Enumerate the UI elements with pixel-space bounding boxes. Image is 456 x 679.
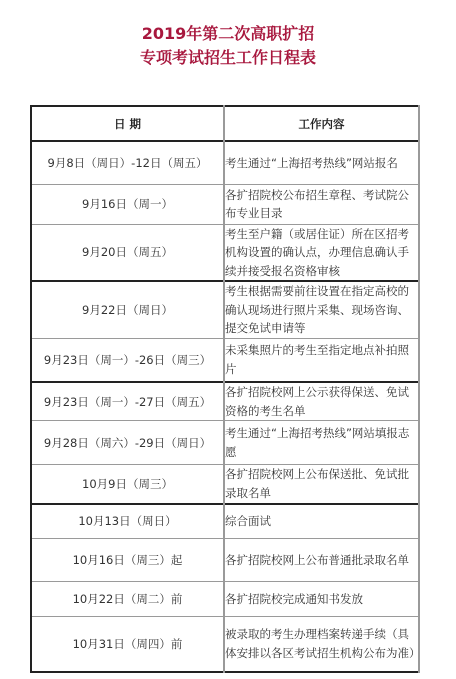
row-content: 各扩招院校公布招生章程、考试院公布专业目录 (224, 184, 419, 224)
table-row: 9月23日（周一）-27日（周五）各扩招院校网上公示获得保送、免试资格的考生名单 (31, 382, 419, 421)
table-header-row: 日 期 工作内容 (31, 106, 419, 141)
table-row: 9月20日（周五）考生至户籍（或居住证）所在区招考机构设置的确认点，办理信息确认… (31, 224, 419, 281)
table-row: 10月13日（周日）综合面试 (31, 504, 419, 539)
row-date: 9月16日（周一） (31, 184, 224, 224)
row-content: 考生通过“上海招考热线”网站报名 (224, 141, 419, 184)
row-date: 10月22日（周二）前 (31, 582, 224, 617)
table-row: 9月23日（周一）-26日（周三）未采集照片的考生至指定地点补拍照片 (31, 338, 419, 382)
page-title: 2019年第二次高职扩招 专项考试招生工作日程表 (0, 22, 456, 70)
row-content: 各扩招院校网上公布保送批、免试批录取名单 (224, 465, 419, 504)
row-date: 9月28日（周六）-29日（周日） (31, 421, 224, 465)
table-row: 9月22日（周日）考生根据需要前往设置在指定高校的确认现场进行照片采集、现场咨询… (31, 281, 419, 338)
row-content: 被录取的考生办理档案转递手续（具体安排以各区考试招生机构公布为准） (224, 617, 419, 672)
row-content: 各扩招院校网上公布普通批录取名单 (224, 539, 419, 582)
table-row: 10月16日（周三）起各扩招院校网上公布普通批录取名单 (31, 539, 419, 582)
row-content: 各扩招院校完成通知书发放 (224, 582, 419, 617)
row-content: 综合面试 (224, 504, 419, 539)
row-date: 10月16日（周三）起 (31, 539, 224, 582)
row-content: 考生通过“上海招考热线”网站填报志愿 (224, 421, 419, 465)
table-row: 10月31日（周四）前被录取的考生办理档案转递手续（具体安排以各区考试招生机构公… (31, 617, 419, 672)
row-date: 10月9日（周三） (31, 465, 224, 504)
row-date: 9月20日（周五） (31, 224, 224, 281)
table-row: 9月28日（周六）-29日（周日）考生通过“上海招考热线”网站填报志愿 (31, 421, 419, 465)
row-content: 各扩招院校网上公示获得保送、免试资格的考生名单 (224, 382, 419, 421)
row-content: 考生至户籍（或居住证）所在区招考机构设置的确认点，办理信息确认手续并接受报名资格… (224, 224, 419, 281)
header-content: 工作内容 (224, 106, 419, 141)
title-line-2: 专项考试招生工作日程表 (0, 46, 456, 70)
table-row: 10月9日（周三）各扩招院校网上公布保送批、免试批录取名单 (31, 465, 419, 504)
table-row: 9月8日（周日）-12日（周五）考生通过“上海招考热线”网站报名 (31, 141, 419, 184)
table-body: 9月8日（周日）-12日（周五）考生通过“上海招考热线”网站报名9月16日（周一… (31, 141, 419, 672)
table-row: 10月22日（周二）前各扩招院校完成通知书发放 (31, 582, 419, 617)
row-date: 9月8日（周日）-12日（周五） (31, 141, 224, 184)
row-date: 9月23日（周一）-26日（周三） (31, 338, 224, 382)
row-content: 未采集照片的考生至指定地点补拍照片 (224, 338, 419, 382)
header-date: 日 期 (31, 106, 224, 141)
row-date: 9月23日（周一）-27日（周五） (31, 382, 224, 421)
row-date: 9月22日（周日） (31, 281, 224, 338)
row-date: 10月31日（周四）前 (31, 617, 224, 672)
row-content: 考生根据需要前往设置在指定高校的确认现场进行照片采集、现场咨询、提交免试申请等 (224, 281, 419, 338)
schedule-table: 日 期 工作内容 9月8日（周日）-12日（周五）考生通过“上海招考热线”网站报… (30, 105, 420, 673)
title-line-1: 2019年第二次高职扩招 (0, 22, 456, 46)
row-date: 10月13日（周日） (31, 504, 224, 539)
table-row: 9月16日（周一）各扩招院校公布招生章程、考试院公布专业目录 (31, 184, 419, 224)
